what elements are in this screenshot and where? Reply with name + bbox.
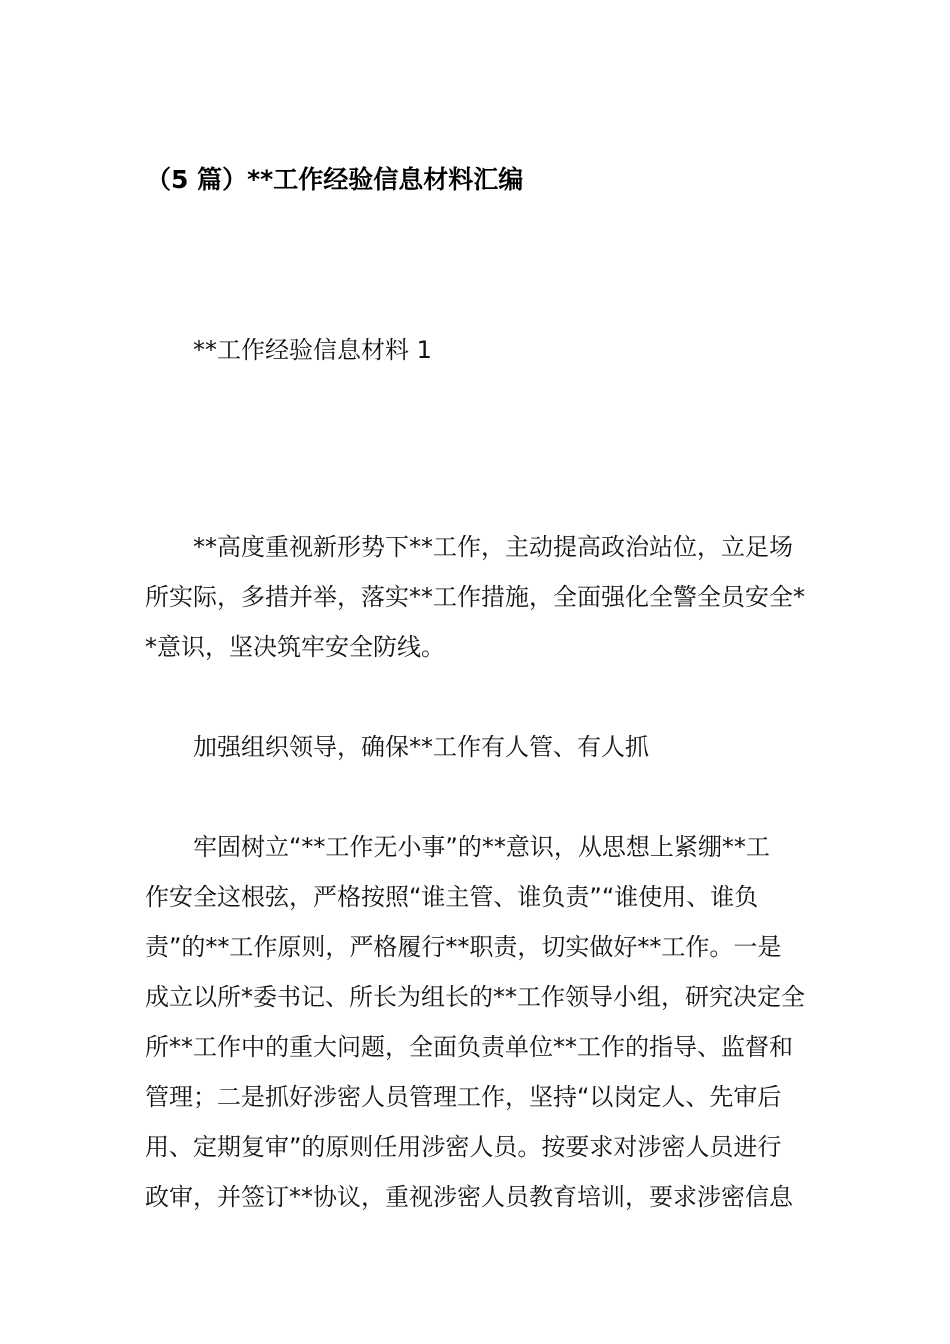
- paragraph-line: **高度重视新形势下**工作，主动提高政治站位，立足场: [145, 522, 810, 572]
- subheading: 加强组织领导，确保**工作有人管、有人抓: [145, 722, 810, 772]
- paragraph-line: 责”的**工作原则，严格履行**职责，切实做好**工作。一是: [145, 922, 810, 972]
- paragraph-line: 所实际，多措并举，落实**工作措施，全面强化全警全员安全*: [145, 572, 810, 622]
- paragraph-line: 牢固树立“**工作无小事”的**意识，从思想上紧绷**工: [145, 822, 810, 872]
- paragraph-line: 政审，并签订**协议，重视涉密人员教育培训，要求涉密信息: [145, 1172, 810, 1222]
- section-title: **工作经验信息材料 1: [193, 330, 432, 370]
- paragraph-line: 作安全这根弦，严格按照“谁主管、谁负责”“谁使用、谁负: [145, 872, 810, 922]
- document-title: （5 篇）**工作经验信息材料汇编: [146, 160, 523, 200]
- paragraph-line: 用、定期复审”的原则任用涉密人员。按要求对涉密人员进行: [145, 1122, 810, 1172]
- body-paragraph: 牢固树立“**工作无小事”的**意识，从思想上紧绷**工 作安全这根弦，严格按照…: [145, 822, 810, 1222]
- paragraph-line: 成立以所*委书记、所长为组长的**工作领导小组，研究决定全: [145, 972, 810, 1022]
- paragraph-line: *意识，坚决筑牢安全防线。: [145, 622, 810, 672]
- paragraph-line: 管理；二是抓好涉密人员管理工作，坚持“以岗定人、先审后: [145, 1072, 810, 1122]
- paragraph-line: 所**工作中的重大问题，全面负责单位**工作的指导、监督和: [145, 1022, 810, 1072]
- subheading-line: 加强组织领导，确保**工作有人管、有人抓: [145, 722, 810, 772]
- document-page: （5 篇）**工作经验信息材料汇编 **工作经验信息材料 1 **高度重视新形势…: [0, 0, 950, 1344]
- intro-paragraph: **高度重视新形势下**工作，主动提高政治站位，立足场 所实际，多措并举，落实*…: [145, 522, 810, 672]
